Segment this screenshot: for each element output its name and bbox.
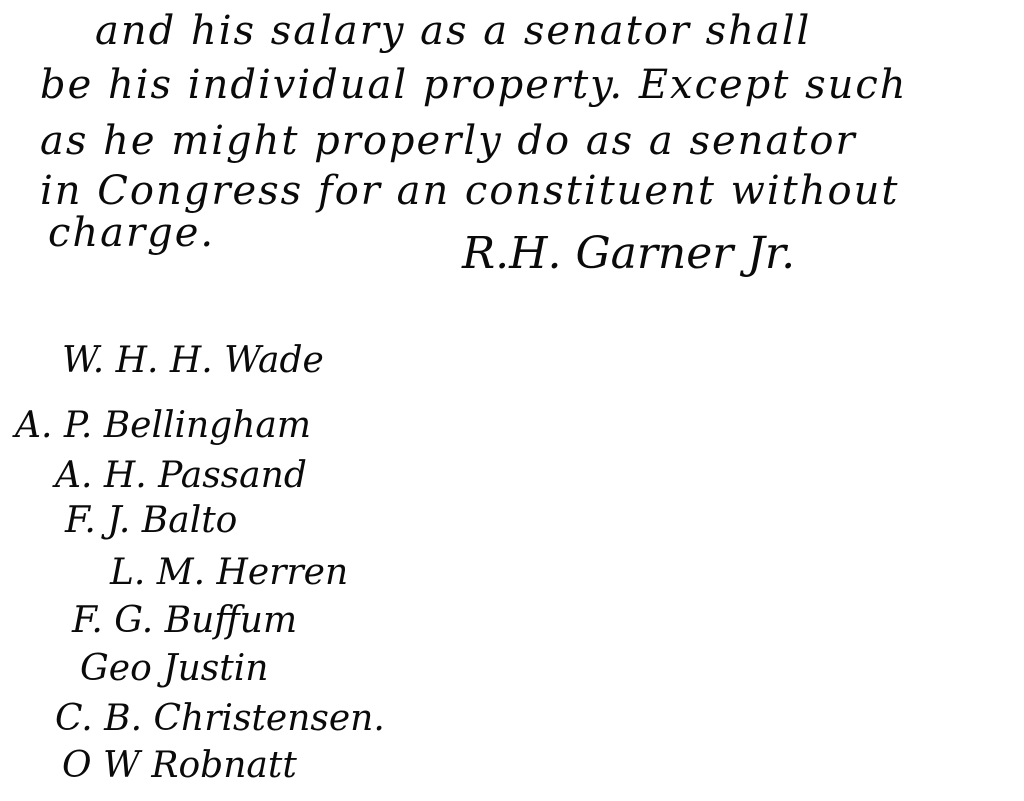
signatory: F. J. Balto [65,500,237,541]
body-line-3: as he might properly do as a senator [40,118,857,164]
body-line-1: and his salary as a senator shall [95,8,811,54]
body-line-4: in Congress for an constituent without [40,168,899,214]
body-line-5: charge. [48,210,215,256]
signatory: F. G. Buffum [72,600,297,641]
signatory: Geo Justin [80,648,268,689]
signatory: L. M. Herren [110,552,348,593]
signatory: A. H. Passand [55,455,307,496]
signatory: W. H. H. Wade [62,340,324,381]
signatory: O W Robnatt [62,745,297,786]
author-signature: R.H. Garner Jr. [462,228,795,279]
signatory: A. P. Bellingham [15,405,311,446]
signatory: C. B. Christensen. [55,698,385,739]
body-line-2: be his individual property. Except such [40,62,908,108]
